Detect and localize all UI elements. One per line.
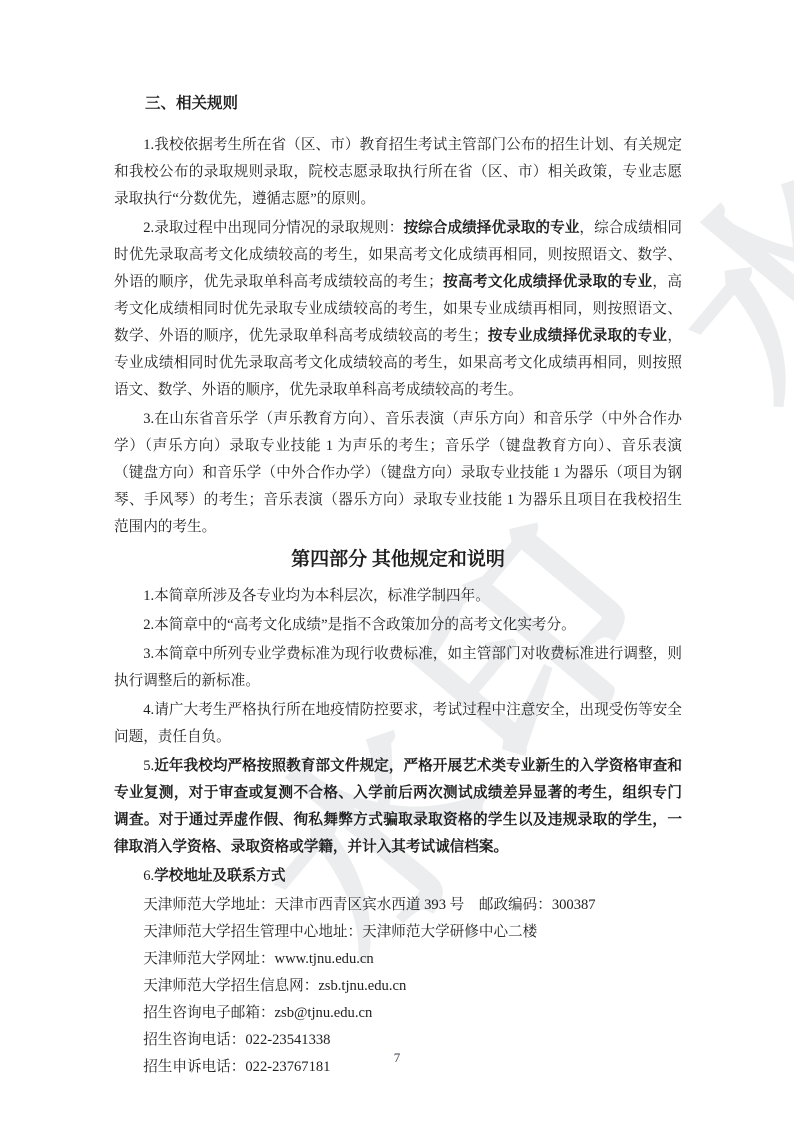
section-heading-rules: 三、相关规则 bbox=[114, 92, 682, 116]
item-degree-level: 1.本简章所涉及各专业均为本科层次，标准学制四年。 bbox=[114, 583, 682, 610]
item-enrollment-verification: 5.近年我校均严格按照教育部文件规定，严格开展艺术类专业新生的入学资格审查和专业… bbox=[114, 753, 682, 861]
paragraph-admission-policy: 1.我校依据考生所在省（区、市）教育招生考试主管部门公布的招生计划、有关规定和我… bbox=[114, 132, 682, 213]
item-epidemic-safety: 4.请广大考生严格执行所在地疫情防控要求，考试过程中注意安全，出现受伤等安全问题… bbox=[114, 697, 682, 751]
document-page: 水印 水印 三、相关规则 1.我校依据考生所在省（区、市）教育招生考试主管部门公… bbox=[0, 0, 794, 1123]
contact-university-website: 天津师范大学网址：www.tjnu.edu.cn bbox=[114, 946, 682, 973]
contact-email: 招生咨询电子邮箱：zsb@tjnu.edu.cn bbox=[114, 1000, 682, 1027]
item-number: 5. bbox=[143, 758, 154, 774]
item-number: 6. bbox=[143, 868, 154, 884]
text-run-bold: 按综合成绩择优录取的专业 bbox=[403, 220, 579, 236]
contact-admissions-website: 天津师范大学招生信息网：zsb.tjnu.edu.cn bbox=[114, 973, 682, 1000]
paragraph-tie-break-rules: 2.录取过程中出现同分情况的录取规则：按综合成绩择优录取的专业，综合成绩相同时优… bbox=[114, 215, 682, 404]
text-run-bold: 近年我校均严格按照教育部文件规定，严格开展艺术类专业新生的入学资格审查和专业复测… bbox=[114, 758, 682, 855]
page-content: 三、相关规则 1.我校依据考生所在省（区、市）教育招生考试主管部门公布的招生计划… bbox=[0, 0, 794, 1081]
page-number: 7 bbox=[0, 1050, 794, 1066]
text-run: 2.录取过程中出现同分情况的录取规则： bbox=[143, 220, 403, 236]
contact-admissions-center-address: 天津师范大学招生管理中心地址：天津师范大学研修中心二楼 bbox=[114, 919, 682, 946]
part4-title: 第四部分 其他规定和说明 bbox=[114, 547, 682, 573]
contact-university-address: 天津师范大学地址：天津市西青区宾水西道 393 号 邮政编码：300387 bbox=[114, 892, 682, 919]
item-contact-heading: 6.学校地址及联系方式 bbox=[114, 863, 682, 890]
contact-heading-text: 学校地址及联系方式 bbox=[154, 868, 285, 884]
text-run-bold: 按专业成绩择优录取的专业 bbox=[488, 328, 668, 344]
paragraph-shandong-music: 3.在山东省音乐学（声乐教育方向）、音乐表演（声乐方向）和音乐学（中外合作办学）… bbox=[114, 406, 682, 541]
item-tuition-standard: 3.本简章中所列专业学费标准为现行收费标准，如主管部门对收费标准进行调整，则执行… bbox=[114, 641, 682, 695]
item-gaokao-score-definition: 2.本简章中的“高考文化成绩”是指不含政策加分的高考文化实考分。 bbox=[114, 612, 682, 639]
text-run-bold: 按高考文化成绩择优录取的专业 bbox=[443, 274, 653, 290]
